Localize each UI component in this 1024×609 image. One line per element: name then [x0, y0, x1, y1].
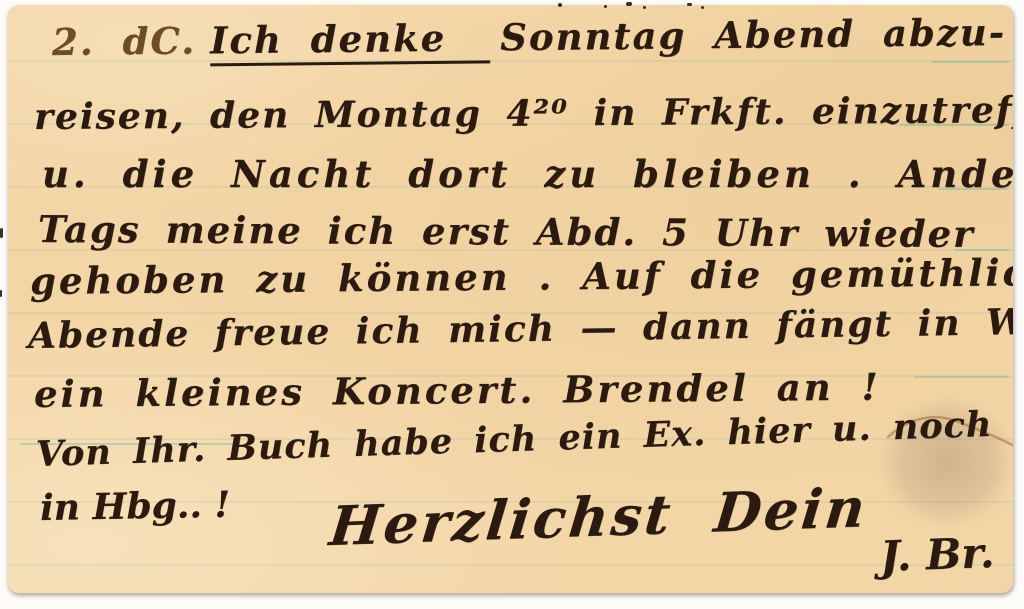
ink-speck	[701, 6, 704, 9]
ink-speck	[626, 2, 632, 6]
edge-mark	[0, 228, 3, 238]
signature: J. Br.	[879, 528, 995, 581]
postcard: 2. dC.Ich denkeSonntag Abend abzu- reise…	[8, 5, 1013, 593]
underlined-phrase: Ich denke	[210, 15, 491, 66]
rule-segment	[931, 61, 1009, 63]
handwriting-line-2: reisen, den Montag 4²⁰ in Frkft. einzutr…	[34, 89, 1013, 138]
line-1-rest: Sonntag Abend abzu-	[500, 10, 1006, 59]
scanned-postcard-image: 2. dC.Ich denkeSonntag Abend abzu- reise…	[0, 0, 1024, 609]
handwriting-line-7: ein kleines Koncert. Brendel an !	[34, 365, 881, 416]
ink-speck	[604, 5, 607, 8]
edge-mark	[0, 290, 2, 297]
handwriting-line-5: gehoben zu können . Auf die gemüthliche	[30, 250, 1013, 303]
handwriting-line-9: in Hbg.. !	[40, 484, 231, 529]
ink-speck	[643, 6, 646, 9]
ink-speck	[687, 3, 692, 6]
handwriting-line-4: Tags meine ich erst Abd. 5 Uhr wieder	[38, 207, 975, 256]
ink-speck	[558, 3, 562, 7]
date-mark: 2. dC.	[52, 18, 197, 64]
handwriting-line-3: u. die Nacht dort zu bleiben . Andern	[42, 152, 1013, 196]
